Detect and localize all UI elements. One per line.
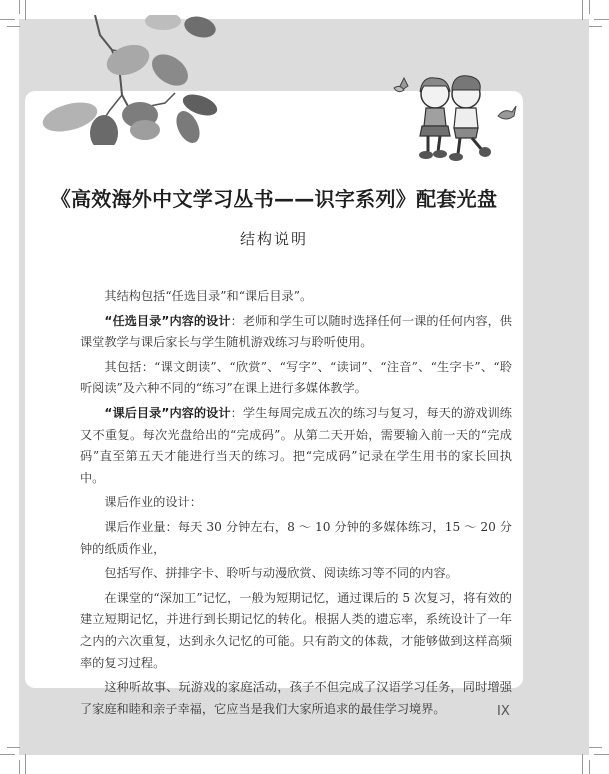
crop-mark [19,0,20,14]
paragraph: “任选目录”内容的设计：老师和学生可以随时选择任何一课的任何内容，供课堂教学与课… [80,311,512,354]
paragraph: 在课堂的“深加工”记忆，一般为短期记忆，通过课后的 5 次复习，将有效的建立短期… [80,588,512,674]
page-title: 《高效海外中文学习丛书——识字系列》配套光盘 [25,183,523,212]
crop-mark [25,754,26,774]
paragraph-text: 课后作业量：每天 30 分钟左右，8 ～ 10 分钟的多媒体练习，15 ～ 20… [80,520,512,556]
body-text: 其结构包括“任选目录”和“课后目录”。 “任选目录”内容的设计：老师和学生可以随… [80,286,512,723]
crop-mark [7,26,20,27]
crop-mark [589,26,602,27]
paragraph: 其包括：“课文朗读”、“欣赏”、“写字”、“读词”、“注音”、“生字卡”、“聆听… [80,357,512,400]
leaves-branch-icon [40,15,230,145]
crop-mark [589,760,590,774]
crop-mark [25,0,26,20]
paragraph: 课后作业的设计： [80,492,512,514]
paragraph-text: 其结构包括“任选目录”和“课后目录”。 [104,289,312,303]
paragraph: 包括写作、拼排字卡、聆听与动漫欣赏、阅读练习等不同的内容。 [80,563,512,585]
paragraph-text: 这种听故事、玩游戏的家庭活动，孩子不但完成了汉语学习任务，同时增强了家庭和睦和亲… [80,680,512,716]
paragraph-text: 在课堂的“深加工”记忆，一般为短期记忆，通过课后的 5 次复习，将有效的建立短期… [80,591,512,670]
paragraph-text: 其包括：“课文朗读”、“欣赏”、“写字”、“读词”、“注音”、“生字卡”、“聆听… [80,360,512,396]
crop-mark [19,760,20,774]
crop-mark [589,747,602,748]
paragraph-text: 课后作业的设计： [104,495,202,509]
page-subtitle: 结构说明 [25,228,523,249]
paragraph-heading: “任选目录”内容的设计 [104,314,230,328]
crop-mark [589,0,590,14]
paragraph: 其结构包括“任选目录”和“课后目录”。 [80,286,512,308]
paragraph-heading: “课后目录”内容的设计 [104,406,230,420]
crop-mark [0,19,15,20]
crop-mark [0,754,15,755]
crop-mark [582,0,583,20]
paragraph: 课后作业量：每天 30 分钟左右，8 ～ 10 分钟的多媒体练习，15 ～ 20… [80,517,512,560]
paragraph-text: 包括写作、拼排字卡、聆听与动漫欣赏、阅读练习等不同的内容。 [104,566,457,580]
crop-mark [594,19,609,20]
crop-mark [582,754,583,774]
page-number: IX [497,704,510,719]
crop-mark [7,747,20,748]
paragraph: 这种听故事、玩游戏的家庭活动，孩子不但完成了汉语学习任务，同时增强了家庭和睦和亲… [80,677,512,720]
crop-mark [594,754,609,755]
children-walking-illustration-icon [390,64,520,164]
paragraph: “课后目录”内容的设计：学生每周完成五次的练习与复习，每天的游戏训练又不重复。每… [80,403,512,489]
